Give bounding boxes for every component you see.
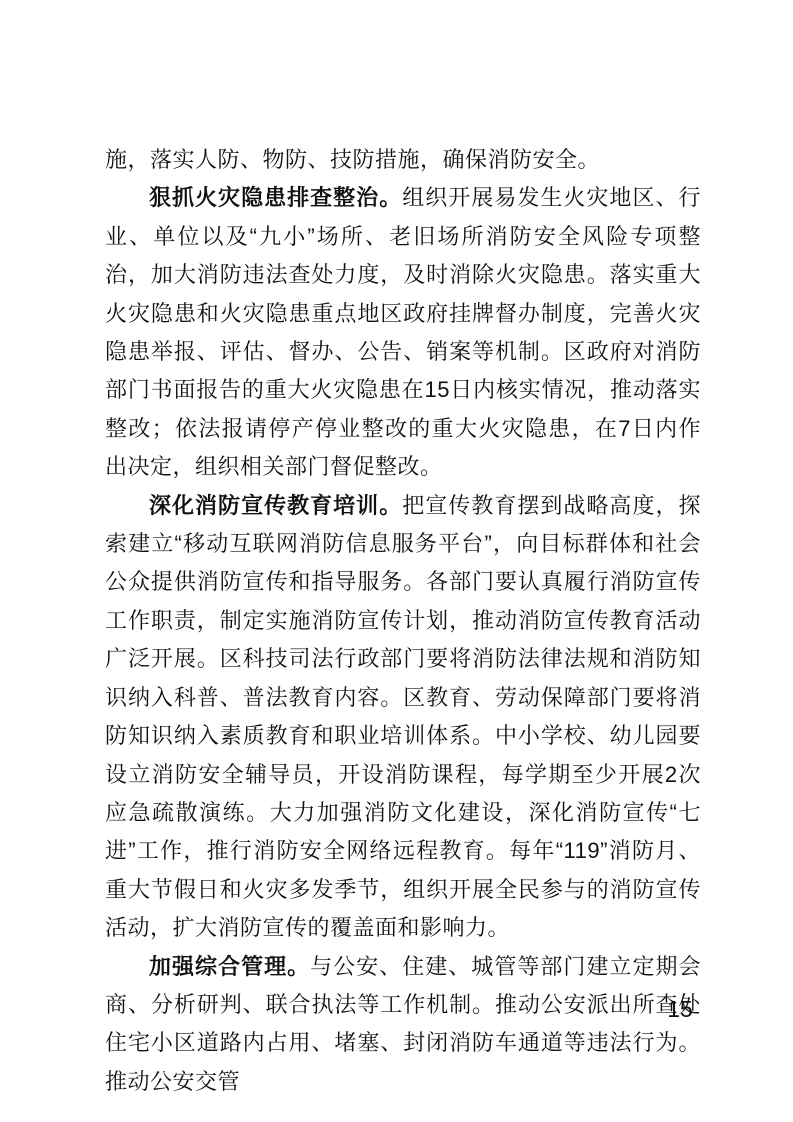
document-body: 施，落实人防、物防、技防措施，确保消防安全。 狠抓火灾隐患排查整治。组织开展易发… (105, 141, 701, 1101)
document-page: 施，落实人防、物防、技防措施，确保消防安全。 狠抓火灾隐患排查整治。组织开展易发… (0, 0, 793, 1122)
page-number: 15 (660, 996, 700, 1022)
paragraph-hidden-danger-inspection: 狠抓火灾隐患排查整治。组织开展易发生火灾地区、行业、单位以及“九小”场所、老旧场… (105, 179, 701, 486)
paragraph-text: 组织开展易发生火灾地区、行业、单位以及“九小”场所、老旧场所消防安全风险专项整治… (105, 185, 701, 479)
paragraph-publicity-education: 深化消防宣传教育培训。把宣传教育摆到战略高度，探索建立“移动互联网消防信息服务平… (105, 487, 701, 948)
paragraph-lead: 狠抓火灾隐患排查整治。 (149, 185, 402, 210)
paragraph-continuation: 施，落实人防、物防、技防措施，确保消防安全。 (105, 141, 701, 179)
paragraph-lead: 加强综合管理。 (149, 954, 310, 979)
paragraph-text: 把宣传教育摆到战略高度，探索建立“移动互联网消防信息服务平台”，向目标群体和社会… (105, 493, 701, 940)
paragraph-text: 施，落实人防、物防、技防措施，确保消防安全。 (105, 147, 600, 172)
paragraph-comprehensive-management: 加强综合管理。与公安、住建、城管等部门建立定期会商、分析研判、联合执法等工作机制… (105, 948, 701, 1102)
paragraph-lead: 深化消防宣传教育培训。 (149, 493, 402, 518)
